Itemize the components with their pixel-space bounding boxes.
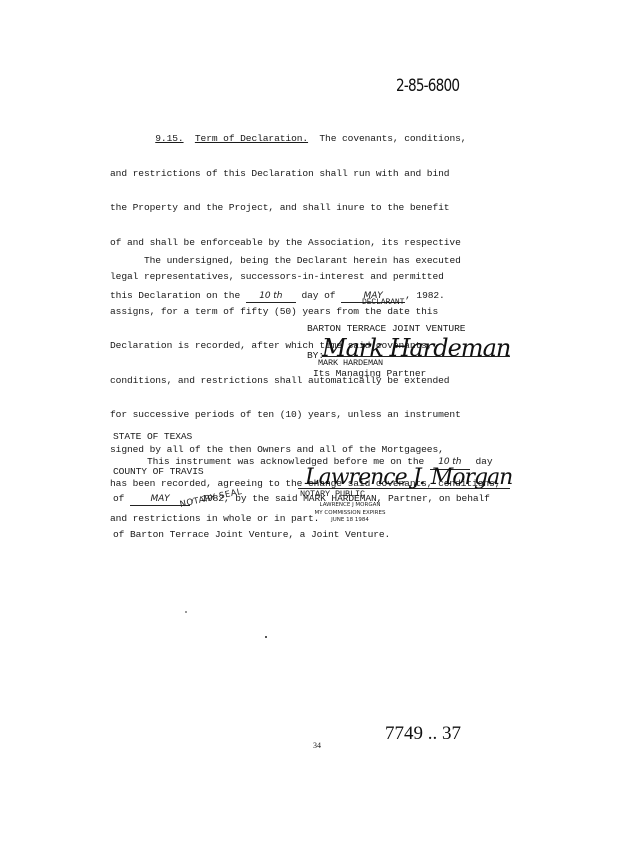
section-title: Term of Declaration. (195, 133, 308, 144)
notary-stamp: LAWRENCE J MORGAN MY COMMISSION EXPIRES … (310, 502, 390, 525)
declarant-heading: DECLARANT (362, 297, 404, 309)
document-number: 2-85-6800 (396, 76, 459, 96)
notary-public-label: NOTARY PUBLIC (300, 489, 365, 501)
section-line: conditions, and restrictions shall autom… (110, 375, 500, 387)
execution-paragraph: The undersigned, being the Declarant her… (110, 232, 461, 315)
section-first-line: 9.15. Term of Declaration. The covenants… (110, 133, 500, 145)
section-number: 9.15. (155, 133, 183, 144)
notary-signature: Lawrence J. Morgan (305, 465, 512, 490)
signature-line (322, 356, 510, 357)
execution-day-field: 10 th (246, 291, 296, 304)
record-number: 7749 .. 37 (385, 723, 461, 745)
page-number: 34 (313, 741, 321, 750)
scan-speck (265, 636, 267, 638)
ack-line-3: of Barton Terrace Joint Venture, a Joint… (113, 529, 492, 541)
signer-name: MARK HARDEMAN (318, 359, 383, 368)
section-line: the Property and the Project, and shall … (110, 202, 500, 214)
section-line: and restrictions of this Declaration sha… (110, 168, 500, 180)
execution-line-1: The undersigned, being the Declarant her… (144, 255, 461, 266)
declarant-entity: BARTON TERRACE JOINT VENTURE (307, 323, 465, 335)
signer-title: Its Managing Partner (313, 368, 426, 380)
scan-speck (185, 611, 187, 613)
